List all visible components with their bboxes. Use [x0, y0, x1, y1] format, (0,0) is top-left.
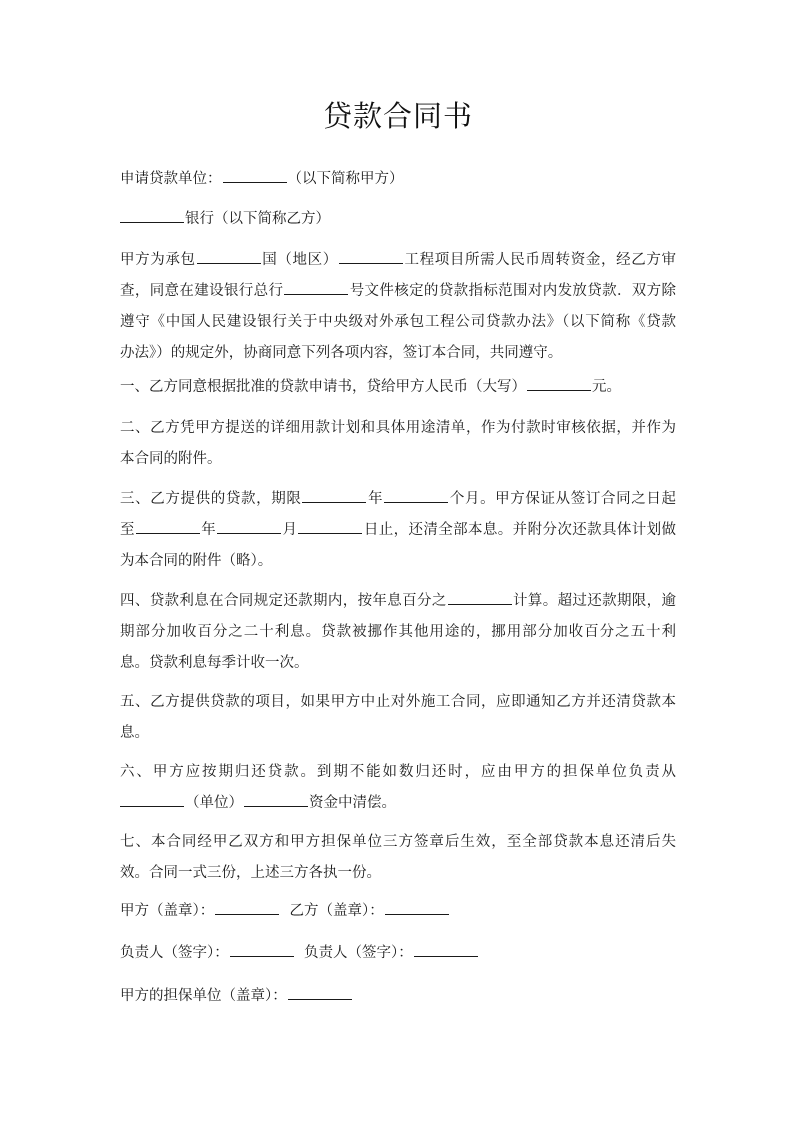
guarantor-seal-line: 甲方的担保单位（盖章）： [120, 985, 353, 1006]
text-segment: 本合同的附件。 [120, 451, 222, 467]
clause-line: 四、贷款利息在合同规定还款期内，按年息百分之计算。超过还款期限，逾 [120, 586, 676, 617]
party-a-seal-blank[interactable] [215, 900, 279, 915]
preamble-line: 甲方为承包国（地区）工程项目所需人民币周转资金，经乙方审 [120, 245, 676, 276]
due-month-blank[interactable] [217, 519, 281, 534]
applicant-blank[interactable] [223, 168, 287, 183]
bank-name-blank[interactable] [120, 208, 184, 223]
clause-line: 五、乙方提供贷款的项目，如果甲方中止对外施工合同，应即通知乙方并还清贷款本 [120, 687, 676, 718]
guarantor-unit-blank[interactable] [120, 792, 184, 807]
due-day-blank[interactable] [298, 519, 362, 534]
clause-line: 息。贷款利息每季计收一次。 [120, 648, 676, 679]
document-number-blank[interactable] [284, 280, 348, 295]
preamble-line: 办法》）的规定外，协商同意下列各项内容，签订本合同，共同遵守。 [120, 338, 676, 369]
text-segment: 效。合同一式三份，上述三方各执一份。 [120, 865, 381, 881]
clause-line: 一、乙方同意根据批准的贷款申请书，贷给甲方人民币（大写）元。 [120, 372, 676, 403]
text-segment: 二、乙方凭甲方提送的详细用款计划和具体用途清单，作为付款时审核依据，并作为 [120, 420, 676, 436]
text-segment: 息。 [120, 725, 149, 741]
clause-line: 本合同的附件。 [120, 444, 676, 475]
party-b-seal-blank[interactable] [385, 900, 449, 915]
interest-rate-blank[interactable] [448, 590, 512, 605]
applicant-label: 申请贷款单位： [120, 171, 222, 187]
text-segment: 个月。甲方保证从签订合同之日起 [449, 491, 676, 507]
seal-line: 甲方（盖章）： 乙方（盖章）： [120, 900, 450, 921]
clause-line: 期部分加收百分之二十利息。贷款被挪作其他用途的，挪用部分加收百分之五十利 [120, 617, 676, 648]
text-segment: 计算。超过还款期限，逾 [513, 593, 676, 609]
text-segment: 年 [367, 491, 383, 507]
text-segment: 查，同意在建设银行总行 [120, 283, 283, 299]
clause-4: 四、贷款利息在合同规定还款期内，按年息百分之计算。超过还款期限，逾 期部分加收百… [120, 586, 676, 679]
clause-7: 七、本合同经甲乙双方和甲方担保单位三方签章后生效，至全部贷款本息还清后失 效。合… [120, 827, 676, 889]
country-blank[interactable] [197, 249, 261, 264]
text-segment: 期部分加收百分之二十利息。贷款被挪作其他用途的，挪用部分加收百分之五十利 [120, 624, 676, 640]
clause-5: 五、乙方提供贷款的项目，如果甲方中止对外施工合同，应即通知乙方并还清贷款本 息。 [120, 687, 676, 749]
clause-line: 二、乙方凭甲方提送的详细用款计划和具体用途清单，作为付款时审核依据，并作为 [120, 413, 676, 444]
party-b-signer-blank[interactable] [414, 942, 478, 957]
project-blank[interactable] [339, 249, 403, 264]
text-segment: 办法》）的规定外，协商同意下列各项内容，签订本合同，共同遵守。 [120, 345, 562, 361]
text-segment: 一、乙方同意根据批准的贷款申请书，贷给甲方人民币（大写） [120, 379, 526, 395]
bank-suffix: 银行（以下简称乙方） [185, 211, 330, 227]
applicant-suffix: （以下简称甲方） [288, 171, 404, 187]
loan-amount-blank[interactable] [527, 376, 591, 391]
text-segment: （单位） [185, 795, 243, 811]
bank-line: 银行（以下简称乙方） [120, 208, 330, 229]
text-segment: 资金中清偿。 [309, 795, 396, 811]
clause-line: 至年月日止，还清全部本息。并附分次还款具体计划做 [120, 515, 676, 546]
clause-line: 效。合同一式三份，上述三方各执一份。 [120, 858, 676, 889]
text-segment: 三、乙方提供的贷款，期限 [120, 491, 301, 507]
document-title: 贷款合同书 [120, 94, 676, 135]
text-segment: 四、贷款利息在合同规定还款期内，按年息百分之 [120, 593, 447, 609]
clause-2: 二、乙方凭甲方提送的详细用款计划和具体用途清单，作为付款时审核依据，并作为 本合… [120, 413, 676, 475]
clause-6: 六、甲方应按期归还贷款。到期不能如数归还时，应由甲方的担保单位负责从 （单位）资… [120, 757, 676, 819]
text-segment: 工程项目所需人民币周转资金，经乙方审 [404, 252, 676, 268]
guarantor-fund-blank[interactable] [244, 792, 308, 807]
text-segment: 日止，还清全部本息。并附分次还款具体计划做 [363, 522, 676, 538]
signer-line: 负责人（签字）： 负责人（签字）： [120, 942, 479, 963]
text-segment: 遵守《中国人民建设银行关于中央级对外承包工程公司贷款办法》（以下简称《贷款 [120, 314, 676, 330]
guarantor-seal-blank[interactable] [288, 985, 352, 1000]
clause-1: 一、乙方同意根据批准的贷款申请书，贷给甲方人民币（大写）元。 [120, 372, 676, 403]
due-year-blank[interactable] [136, 519, 200, 534]
text-segment: 月 [282, 522, 297, 538]
text-segment: 甲方为承包 [120, 252, 196, 268]
text-segment: 号文件核定的贷款指标范围对内发放贷款．双方除 [349, 283, 676, 299]
clause-line: 三、乙方提供的贷款，期限年个月。甲方保证从签订合同之日起 [120, 484, 676, 515]
text-segment: 元。 [592, 379, 621, 395]
term-years-blank[interactable] [302, 488, 366, 503]
text-segment: 五、乙方提供贷款的项目，如果甲方中止对外施工合同，应即通知乙方并还清贷款本 [120, 694, 676, 710]
party-a-signer-blank[interactable] [230, 942, 294, 957]
text-segment: 七、本合同经甲乙双方和甲方担保单位三方签章后生效，至全部贷款本息还清后失 [120, 834, 676, 850]
party-b-seal-label: 乙方（盖章）： [289, 903, 383, 919]
party-a-signer-label: 负责人（签字）： [120, 945, 229, 961]
preamble-line: 查，同意在建设银行总行号文件核定的贷款指标范围对内发放贷款．双方除 [120, 276, 676, 307]
party-a-seal-label: 甲方（盖章）： [120, 903, 214, 919]
clause-line: 为本合同的附件（略）。 [120, 546, 676, 577]
text-segment: 为本合同的附件（略）。 [120, 553, 272, 569]
clause-line: 息。 [120, 718, 676, 749]
preamble-paragraph: 甲方为承包国（地区）工程项目所需人民币周转资金，经乙方审 查，同意在建设银行总行… [120, 245, 676, 369]
clause-line: （单位）资金中清偿。 [120, 788, 676, 819]
preamble-line: 遵守《中国人民建设银行关于中央级对外承包工程公司贷款办法》（以下简称《贷款 [120, 307, 676, 338]
text-segment: 年 [201, 522, 216, 538]
text-segment: 至 [120, 522, 135, 538]
text-segment: 息。贷款利息每季计收一次。 [120, 655, 309, 671]
text-segment: 国（地区） [262, 252, 338, 268]
guarantor-seal-label: 甲方的担保单位（盖章）： [120, 988, 287, 1004]
clause-line: 六、甲方应按期归还贷款。到期不能如数归还时，应由甲方的担保单位负责从 [120, 757, 676, 788]
party-b-signer-label: 负责人（签字）： [304, 945, 413, 961]
term-months-blank[interactable] [384, 488, 448, 503]
applicant-line: 申请贷款单位：（以下简称甲方） [120, 168, 404, 189]
clause-line: 七、本合同经甲乙双方和甲方担保单位三方签章后生效，至全部贷款本息还清后失 [120, 827, 676, 858]
text-segment: 六、甲方应按期归还贷款。到期不能如数归还时，应由甲方的担保单位负责从 [120, 764, 676, 780]
clause-3: 三、乙方提供的贷款，期限年个月。甲方保证从签订合同之日起 至年月日止，还清全部本… [120, 484, 676, 577]
